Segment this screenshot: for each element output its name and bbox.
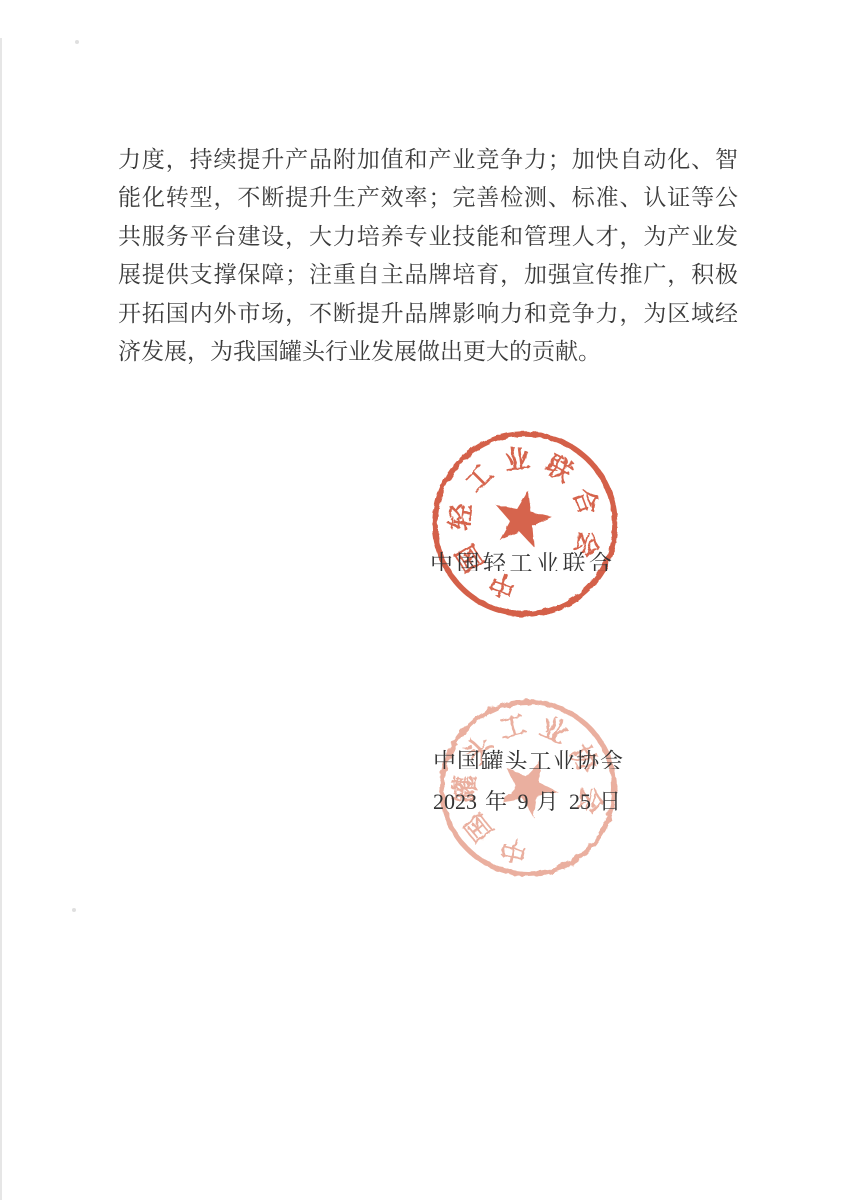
paragraph-line: 展提供支撑保障；注重自主品牌培育，加强宣传推广，积极 xyxy=(118,256,738,294)
scan-speck xyxy=(72,908,76,912)
svg-text:合: 合 xyxy=(567,484,604,519)
svg-text:联: 联 xyxy=(540,449,578,488)
signature-org-light-industry: 中国轻工业联合会 xyxy=(430,545,612,571)
signature-org-canned-food: 中国罐头工业协会 xyxy=(433,743,623,769)
paragraph-line: 开拓国内外市场，不断提升品牌影响力和竞争力，为区域经 xyxy=(118,295,738,333)
svg-text:中: 中 xyxy=(497,832,530,867)
body-paragraph: 力度，持续提升产品附加值和产业竞争力；加快自动化、智 能化转型，不断提升生产效率… xyxy=(118,141,738,371)
scan-edge-artifact xyxy=(0,38,2,1200)
paragraph-line: 能化转型，不断提升生产效率；完善检测、标准、认证等公 xyxy=(118,179,738,217)
paragraph-line: 共服务平台建设，大力培养专业技能和管理人才，为产业发 xyxy=(118,218,738,256)
svg-text:轻: 轻 xyxy=(444,501,477,532)
document-page: 力度，持续提升产品附加值和产业竞争力；加快自动化、智 能化转型，不断提升生产效率… xyxy=(0,0,848,1200)
svg-text:工: 工 xyxy=(496,709,529,745)
official-seal-light-industry: 中国轻工业联合会 xyxy=(425,424,625,624)
svg-text:业: 业 xyxy=(503,443,532,476)
svg-text:国: 国 xyxy=(459,807,499,847)
svg-text:中: 中 xyxy=(485,567,520,604)
seal-star-icon xyxy=(489,485,556,550)
signature-date: 2023 年 9 月 25 日 xyxy=(433,785,621,811)
paragraph-line: 力度，持续提升产品附加值和产业竞争力；加快自动化、智 xyxy=(118,141,738,179)
paragraph-line: 济发展，为我国罐头行业发展做出更大的贡献。 xyxy=(118,333,738,371)
scan-speck xyxy=(75,40,79,44)
svg-text:工: 工 xyxy=(459,458,499,498)
